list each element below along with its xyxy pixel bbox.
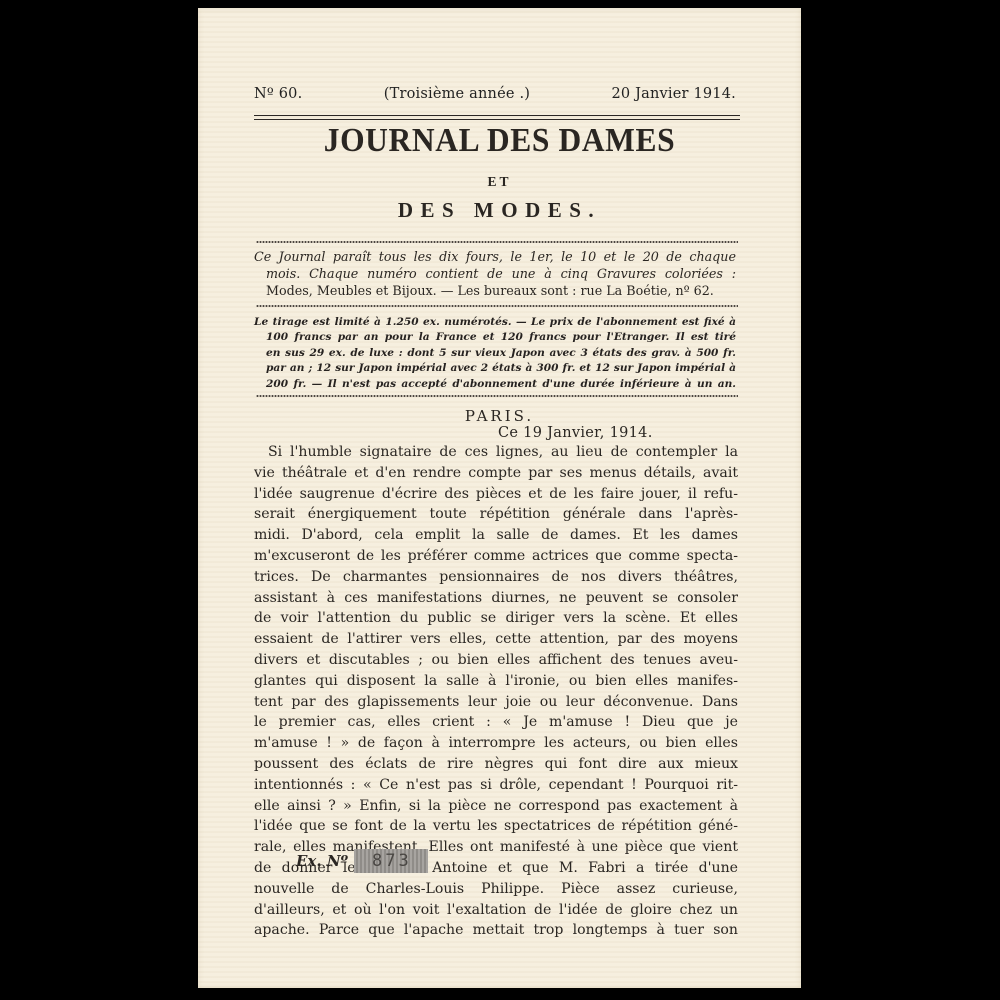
masthead-conjunction: ET: [198, 174, 801, 190]
article-line: intentionnés : « Ce n'est pas si drôle, …: [254, 775, 738, 796]
notice-line: Le tirage est limité à 1.250 ex. numérot…: [254, 315, 736, 330]
article-line: essaient de l'attirer vers elles, cette …: [254, 629, 738, 650]
article-line: apache. Parce que l'apache mettait trop …: [254, 920, 738, 941]
article-line: tent par des glapissements leur joie ou …: [254, 692, 738, 713]
article-line: Si l'humble signataire de ces lignes, au…: [254, 442, 738, 463]
notice-line: 100 francs par an pour la France et 120 …: [254, 330, 736, 345]
article-line: midi. D'abord, cela emplit la salle de d…: [254, 525, 738, 546]
article-line: serait énergiquement toute répétition gé…: [254, 504, 738, 525]
masthead-subtitle: DES MODES.: [198, 198, 801, 223]
notice-line: par an ; 12 sur Japon impérial avec 2 ét…: [254, 361, 736, 376]
issue-info-row: Nº 60. (Troisième année .) 20 Janvier 19…: [254, 86, 736, 102]
article-line: glantes qui disposent la salle à l'ironi…: [254, 671, 738, 692]
ornamental-rule-middle: [256, 304, 738, 308]
article-line: m'excuseront de les préférer comme actri…: [254, 546, 738, 567]
notice-line: mois. Chaque numéro contient de une à ci…: [254, 265, 736, 282]
article-line: elle ainsi ? » Enfin, si la pièce ne cor…: [254, 796, 738, 817]
section-title: PARIS.: [198, 407, 801, 425]
notice-line: 200 fr. — Il n'est pas accepté d'abonnem…: [254, 377, 736, 392]
copy-number-stamp: 873: [354, 849, 428, 873]
copy-number-label: Ex. Nº: [296, 852, 348, 870]
article-line: divers et discutables ; ou bien elles af…: [254, 650, 738, 671]
ornamental-rule-top: [256, 240, 738, 244]
year-label: (Troisième année .): [384, 86, 530, 102]
article-line: d'ailleurs, et où l'on voit l'exaltation…: [254, 900, 738, 921]
issue-number: Nº 60.: [254, 86, 302, 102]
article-line: vie théâtrale et d'en rendre compte par …: [254, 463, 738, 484]
article-line: assistant à ces manifestations diurnes, …: [254, 588, 738, 609]
article-line: trices. De charmantes pensionnaires de n…: [254, 567, 738, 588]
article-line: poussent des éclats de rire nègres qui f…: [254, 754, 738, 775]
article-line: de voir l'attention du public se diriger…: [254, 608, 738, 629]
double-rule: [254, 115, 740, 120]
journal-page: Nº 60. (Troisième année .) 20 Janvier 19…: [198, 8, 801, 988]
notice-line: en sus 29 ex. de luxe : dont 5 sur vieux…: [254, 346, 736, 361]
article-line: m'amuse ! » de façon à interrompre les a…: [254, 733, 738, 754]
ornamental-rule-bottom: [256, 394, 738, 398]
masthead-title: JOURNAL DES DAMES: [198, 121, 801, 160]
article-line: le premier cas, elles crient : « Je m'am…: [254, 712, 738, 733]
notice-line: Modes, Meubles et Bijoux. — Les bureaux …: [254, 282, 736, 299]
issue-date: 20 Janvier 1914.: [611, 86, 736, 102]
article-line: l'idée que se font de la vertu les spect…: [254, 816, 738, 837]
publication-notice: Ce Journal paraît tous les dix fours, le…: [254, 248, 736, 299]
article-dateline: Ce 19 Janvier, 1914.: [498, 425, 653, 441]
copy-number: Ex. Nº 873: [296, 849, 428, 873]
notice-line: Ce Journal paraît tous les dix fours, le…: [254, 248, 736, 265]
article-line: l'idée saugrenue d'écrire des pièces et …: [254, 484, 738, 505]
subscription-notice: Le tirage est limité à 1.250 ex. numérot…: [254, 315, 736, 392]
article-line: nouvelle de Charles-Louis Philippe. Pièc…: [254, 879, 738, 900]
